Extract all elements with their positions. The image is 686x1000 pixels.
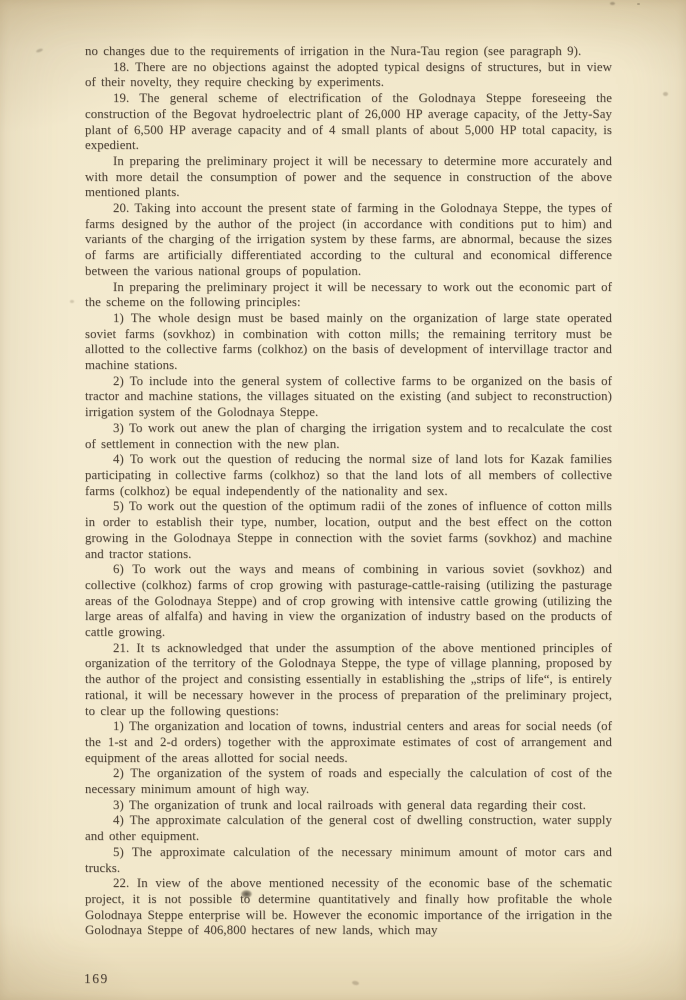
paragraph: 4) To work out the question of reducing … bbox=[85, 452, 612, 499]
paragraph: 1) The whole design must be based mainly… bbox=[85, 311, 612, 374]
scanned-document-page: no changes due to the requirements of ir… bbox=[0, 0, 686, 1000]
paragraph: In preparing the preliminary project it … bbox=[85, 280, 612, 311]
page-text-block: no changes due to the requirements of ir… bbox=[85, 44, 612, 939]
paragraph: 5) To work out the question of the optim… bbox=[85, 499, 612, 562]
page-number: 169 bbox=[84, 971, 109, 987]
paragraph: 19. The general scheme of electrificatio… bbox=[85, 91, 612, 154]
paragraph: 5) The approximate calculation of the ne… bbox=[85, 845, 612, 876]
ink-speck bbox=[36, 48, 44, 53]
paragraph: 6) To work out the ways and means of com… bbox=[85, 562, 612, 641]
paragraph: 22. In view of the above mentioned neces… bbox=[85, 876, 612, 939]
paragraph: no changes due to the requirements of ir… bbox=[85, 44, 612, 60]
paragraph: 1) The organization and location of town… bbox=[85, 719, 612, 766]
paragraph: In preparing the preliminary project it … bbox=[85, 154, 612, 201]
paragraph: 21. It ts acknowledged that under the as… bbox=[85, 641, 612, 720]
paragraph: 18. There are no objections against the … bbox=[85, 60, 612, 91]
paragraph: 2) To include into the general system of… bbox=[85, 374, 612, 421]
ink-speck bbox=[610, 2, 615, 5]
paragraph: 20. Taking into account the present stat… bbox=[85, 201, 612, 280]
paragraph: 2) The organization of the system of roa… bbox=[85, 766, 612, 797]
paragraph: 3) To work out anew the plan of charging… bbox=[85, 421, 612, 452]
ink-speck bbox=[352, 980, 360, 985]
ink-speck bbox=[637, 3, 640, 5]
paragraph: 4) The approximate calculation of the ge… bbox=[85, 813, 612, 844]
paragraph: 3) The organization of trunk and local r… bbox=[85, 798, 612, 814]
ink-speck bbox=[70, 300, 74, 303]
ink-speck bbox=[663, 92, 668, 96]
